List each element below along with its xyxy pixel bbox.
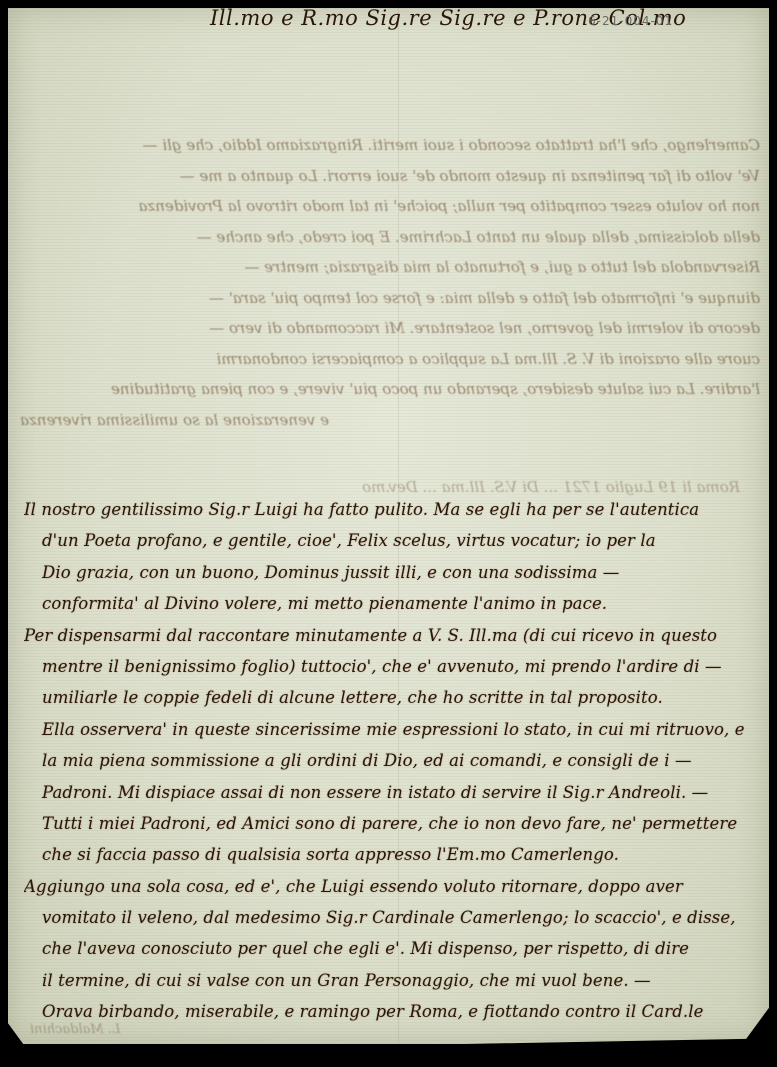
body-line: Orava birbando, miserabile, e ramingo pe… bbox=[24, 996, 770, 1027]
body-line: che l'aveva conosciuto per quel che egli… bbox=[24, 933, 770, 964]
body-line: Ella osservera' in queste sincerissime m… bbox=[24, 714, 770, 745]
letter-salutation: Ill.mo e R.mo Sig.re Sig.re e P.rone Col… bbox=[210, 6, 590, 46]
body-line: d'un Poeta profano, e gentile, cioe', Fe… bbox=[24, 525, 770, 556]
bleed-line: non ho voluto esser compatito per nulla;… bbox=[20, 191, 760, 222]
body-line: che si faccia passo di qualsisia sorta a… bbox=[24, 839, 770, 870]
bleed-through-text: Camerlengo, che l'ha trattato secondo i … bbox=[20, 130, 760, 435]
body-line: mentre il benignissimo foglio) tuttocio'… bbox=[24, 651, 770, 682]
bleed-line: cuore alle orazioni di V. S. Ill.ma La s… bbox=[20, 344, 760, 375]
body-line: Dio grazia, con un buono, Dominus jussit… bbox=[24, 557, 770, 588]
bleed-line: Ve' volto di far penitenza in questo mon… bbox=[20, 161, 760, 192]
body-line: Per dispensarmi dal raccontare minutamen… bbox=[24, 620, 770, 651]
body-line: Aggiungo una sola cosa, ed e', che Luigi… bbox=[24, 871, 770, 902]
body-line: il termine, di cui si valse con un Gran … bbox=[24, 965, 770, 996]
body-line: Il nostro gentilissimo Sig.r Luigi ha fa… bbox=[24, 494, 770, 525]
body-line: Padroni. Mi dispiace assai di non essere… bbox=[24, 777, 770, 808]
bleed-line: della dolcissima, della quale un tanto L… bbox=[20, 222, 760, 253]
bleed-line: diunque e' informato del fatto e della m… bbox=[20, 283, 760, 314]
body-line: la mia piena sommissione a gli ordini di… bbox=[24, 745, 770, 776]
letter-body: Il nostro gentilissimo Sig.r Luigi ha fa… bbox=[24, 494, 770, 1028]
body-line: vomitato il veleno, dal medesimo Sig.r C… bbox=[24, 902, 770, 933]
body-line: conformita' al Divino volere, mi metto p… bbox=[24, 588, 770, 619]
bleed-line: decoro di volermi del governo, nel soste… bbox=[20, 313, 760, 344]
body-line: umiliarle le coppie fedeli di alcune let… bbox=[24, 682, 770, 713]
bleed-line: Riservandola del tutto a gui, e fortunat… bbox=[20, 252, 760, 283]
body-line: Tutti i miei Padroni, ed Amici sono di p… bbox=[24, 808, 770, 839]
bleed-line: Camerlengo, che l'ha trattato secondo i … bbox=[20, 130, 760, 161]
catalog-number: 6-21-004-01 bbox=[588, 14, 673, 28]
bleed-line: e venerazione la so umilissima riverenza bbox=[20, 405, 760, 436]
bleed-line: l'ardire. La cui salute desidero, speran… bbox=[20, 374, 760, 405]
